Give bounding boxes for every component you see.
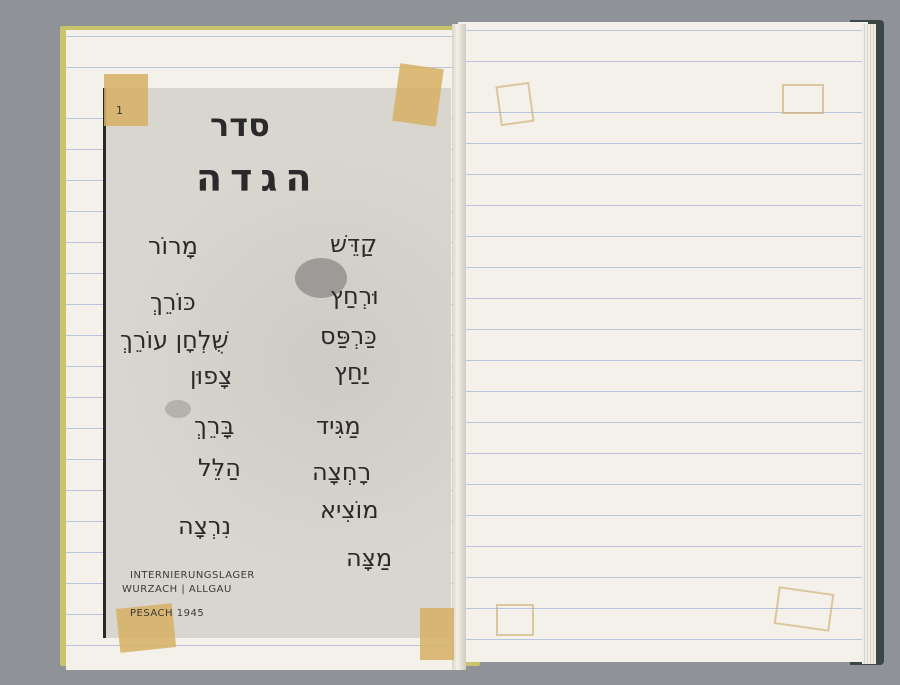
footer-date: PESACH 1945 [130,608,204,619]
tape-top-right [392,63,444,127]
seder-step: כּוֹרֵךְ [150,288,196,316]
seder-step: כַּרְפַּס [320,322,377,350]
seder-step: נִרְצָה [178,512,231,540]
seder-step: בָּרֵךְ [194,412,234,440]
seder-step: מוֹצִיא [320,496,379,524]
ink-stain [165,400,191,418]
tape-mark [774,586,835,631]
tape-bottom-right [420,608,454,660]
tape-mark [495,82,534,126]
page-stack-edge [862,24,876,664]
tape-mark [782,84,824,114]
tape-top-left [104,74,148,126]
seder-step: הַלֵּל [198,454,241,482]
seder-step: רָחְצָה [312,458,371,486]
page-number: 1 [116,104,123,117]
notebook-gutter [452,24,466,670]
seder-step: מַגִּיד [316,412,361,440]
seder-step: וּרְחַץ [330,282,379,310]
seder-step: מָרוֹר [148,232,198,260]
title-line-1: סדר [210,106,270,144]
footer-location: WURZACH | ALLGAU [122,584,232,595]
seder-step: צָפוּן [190,362,232,390]
seder-step: שֻׁלְחָן עוֹרֵךְ [120,326,229,354]
seder-step: קַדֵּשׁ [330,230,377,258]
seder-step: מַצָּה [346,544,392,572]
tape-mark [496,604,534,636]
seder-step: יַחַץ [334,358,368,386]
footer-camp-name: INTERNIERUNGSLAGER [130,570,255,581]
title-line-2: הגדה [196,156,320,200]
